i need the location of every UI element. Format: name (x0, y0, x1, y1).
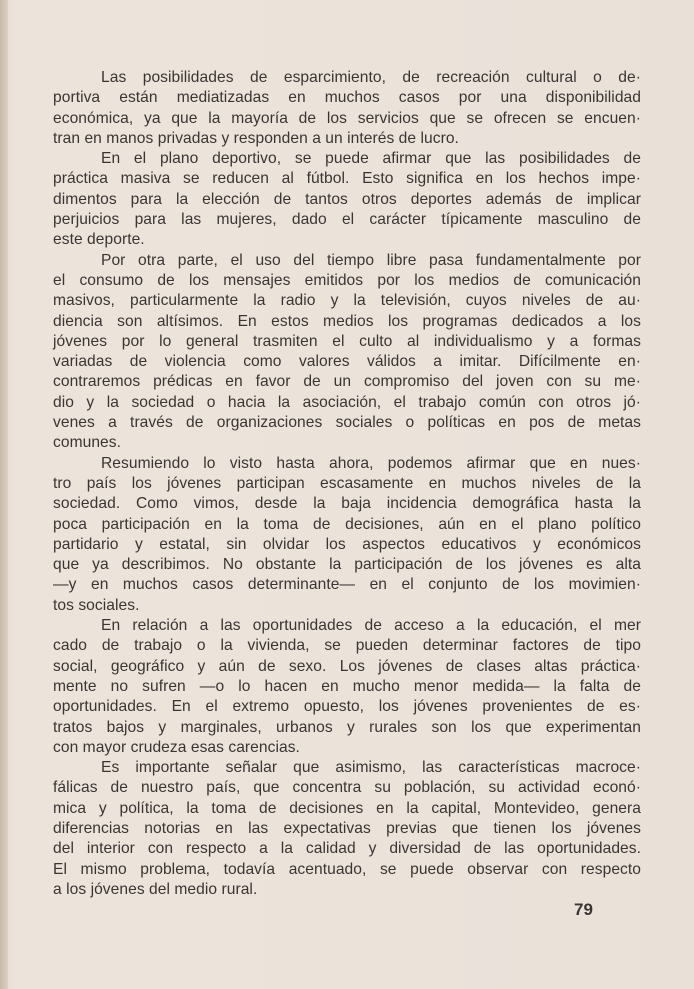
text-line: fálicas de nuestro país, que concentra s… (53, 778, 641, 798)
text-line: Las posibilidades de esparcimiento, de r… (53, 68, 641, 88)
page-number: 79 (574, 900, 593, 920)
text-line: —y en muchos casos determinante— en el c… (53, 575, 641, 595)
text-line: portiva están mediatizadas en muchos cas… (53, 88, 641, 108)
text-line: mica y política, la toma de decisiones e… (53, 799, 641, 819)
text-line: cado de trabajo o la vivienda, se pueden… (53, 636, 641, 656)
text-line: El mismo problema, todavía acentuado, se… (53, 860, 641, 880)
text-line: tratos bajos y marginales, urbanos y rur… (53, 718, 641, 738)
text-line: que ya describimos. No obstante la parti… (53, 555, 641, 575)
text-line: social, geográfico y aún de sexo. Los jó… (53, 657, 641, 677)
text-line: dio y la sociedad o hacia la asociación,… (53, 393, 641, 413)
text-line: diferencias notorias en las expectativas… (53, 819, 641, 839)
text-line: del interior con respecto a la calidad y… (53, 839, 641, 859)
text-line: En el plano deportivo, se puede afirmar … (53, 149, 641, 169)
text-line: partidario y estatal, sin olvidar los as… (53, 535, 641, 555)
text-line: venes a través de organizaciones sociale… (53, 413, 641, 433)
page-binding-edge (0, 0, 8, 989)
text-line: a los jóvenes del medio rural. (53, 880, 641, 900)
text-line: Por otra parte, el uso del tiempo libre … (53, 251, 641, 271)
text-line: oportunidades. En el extremo opuesto, lo… (53, 697, 641, 717)
text-line: comunes. (53, 433, 641, 453)
text-line: masivos, particularmente la radio y la t… (53, 291, 641, 311)
page-body-text: Las posibilidades de esparcimiento, de r… (53, 68, 641, 900)
text-line: sociedad. Como vimos, desde la baja inci… (53, 494, 641, 514)
text-line: Resumiendo lo visto hasta ahora, podemos… (53, 454, 641, 474)
text-line: En relación a las oportunidades de acces… (53, 616, 641, 636)
text-line: tro país los jóvenes participan escasame… (53, 474, 641, 494)
text-line: poca participación en la toma de decisio… (53, 515, 641, 535)
text-line: variadas de violencia como valores válid… (53, 352, 641, 372)
text-line: mente no sufren —o lo hacen en mucho men… (53, 677, 641, 697)
text-line: diencia son altísimos. En estos medios l… (53, 312, 641, 332)
text-line: con mayor crudeza esas carencias. (53, 738, 641, 758)
text-line: dimentos para la elección de tantos otro… (53, 190, 641, 210)
text-line: el consumo de los mensajes emitidos por … (53, 271, 641, 291)
text-line: perjuicios para las mujeres, dado el car… (53, 210, 641, 230)
text-line: jóvenes por lo general trasmiten el cult… (53, 332, 641, 352)
text-line: tos sociales. (53, 596, 641, 616)
text-line: tran en manos privadas y responden a un … (53, 129, 641, 149)
text-line: práctica masiva se reducen al fútbol. Es… (53, 169, 641, 189)
text-line: contraremos prédicas en favor de un comp… (53, 372, 641, 392)
text-line: Es importante señalar que asimismo, las … (53, 758, 641, 778)
text-line: este deporte. (53, 230, 641, 250)
text-line: económica, ya que la mayoría de los serv… (53, 109, 641, 129)
